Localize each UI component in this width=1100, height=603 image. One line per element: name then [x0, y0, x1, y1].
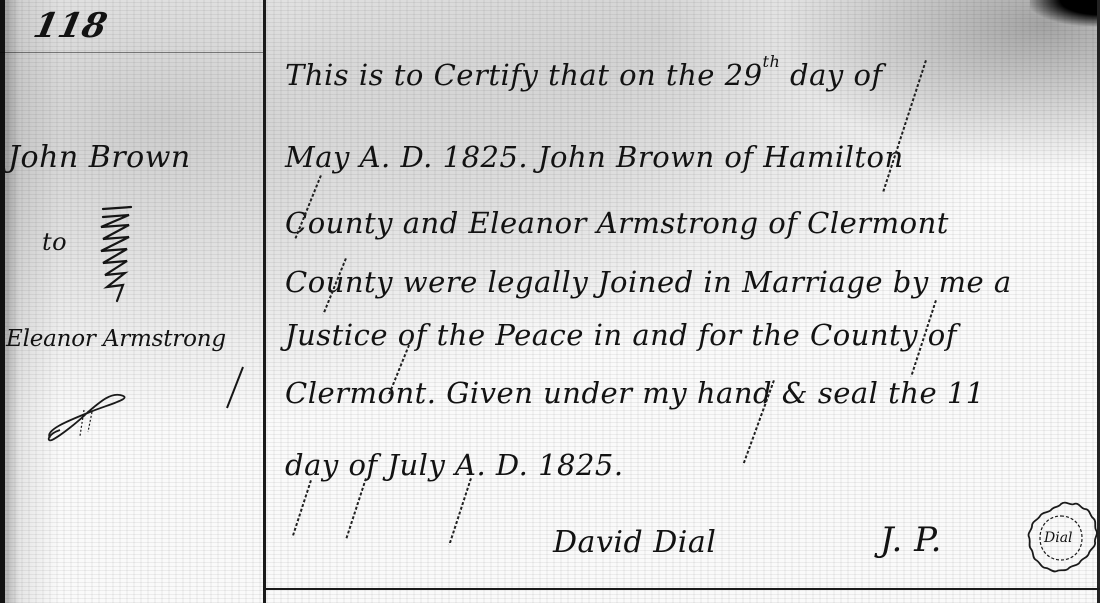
body-line-4: County were legally Joined in Marriage b…: [285, 265, 1012, 299]
margin-header-line: [0, 52, 263, 53]
body-line-5: Justice of the Peace in and for the Coun…: [285, 318, 957, 352]
body-line-1-text: This is to Certify that on the 29: [285, 58, 763, 92]
scan-shadow-corner: [1030, 0, 1100, 26]
margin-groom-name: John Brown: [8, 140, 191, 175]
slash-stroke-icon: [225, 365, 245, 410]
record-number: 118: [30, 6, 111, 46]
body-line-1: This is to Certify that on the 29th day …: [285, 58, 883, 92]
body-line-3: County and Eleanor Armstrong of Clermont: [285, 206, 949, 240]
margin-bride-name: Eleanor Armstrong: [6, 326, 226, 352]
day-ordinal-suffix: th: [763, 52, 781, 71]
body-line-2: May A. D. 1825. John Brown of Hamilton: [285, 140, 904, 174]
zigzag-flourish-icon: [95, 205, 135, 315]
margin-connector: to: [42, 228, 67, 256]
body-line-7: day of July A. D. 1825.: [285, 448, 624, 482]
signature-title: J. P.: [880, 520, 942, 560]
record-bottom-line: [266, 588, 1100, 590]
seal-label: Dial: [1044, 530, 1073, 546]
signature-name: David Dial: [553, 525, 716, 560]
scan-edge-left: [0, 0, 5, 603]
body-line-1-tail: day of: [790, 58, 883, 92]
margin-divider-line: [263, 0, 266, 603]
jp-mark-icon: [40, 390, 140, 445]
